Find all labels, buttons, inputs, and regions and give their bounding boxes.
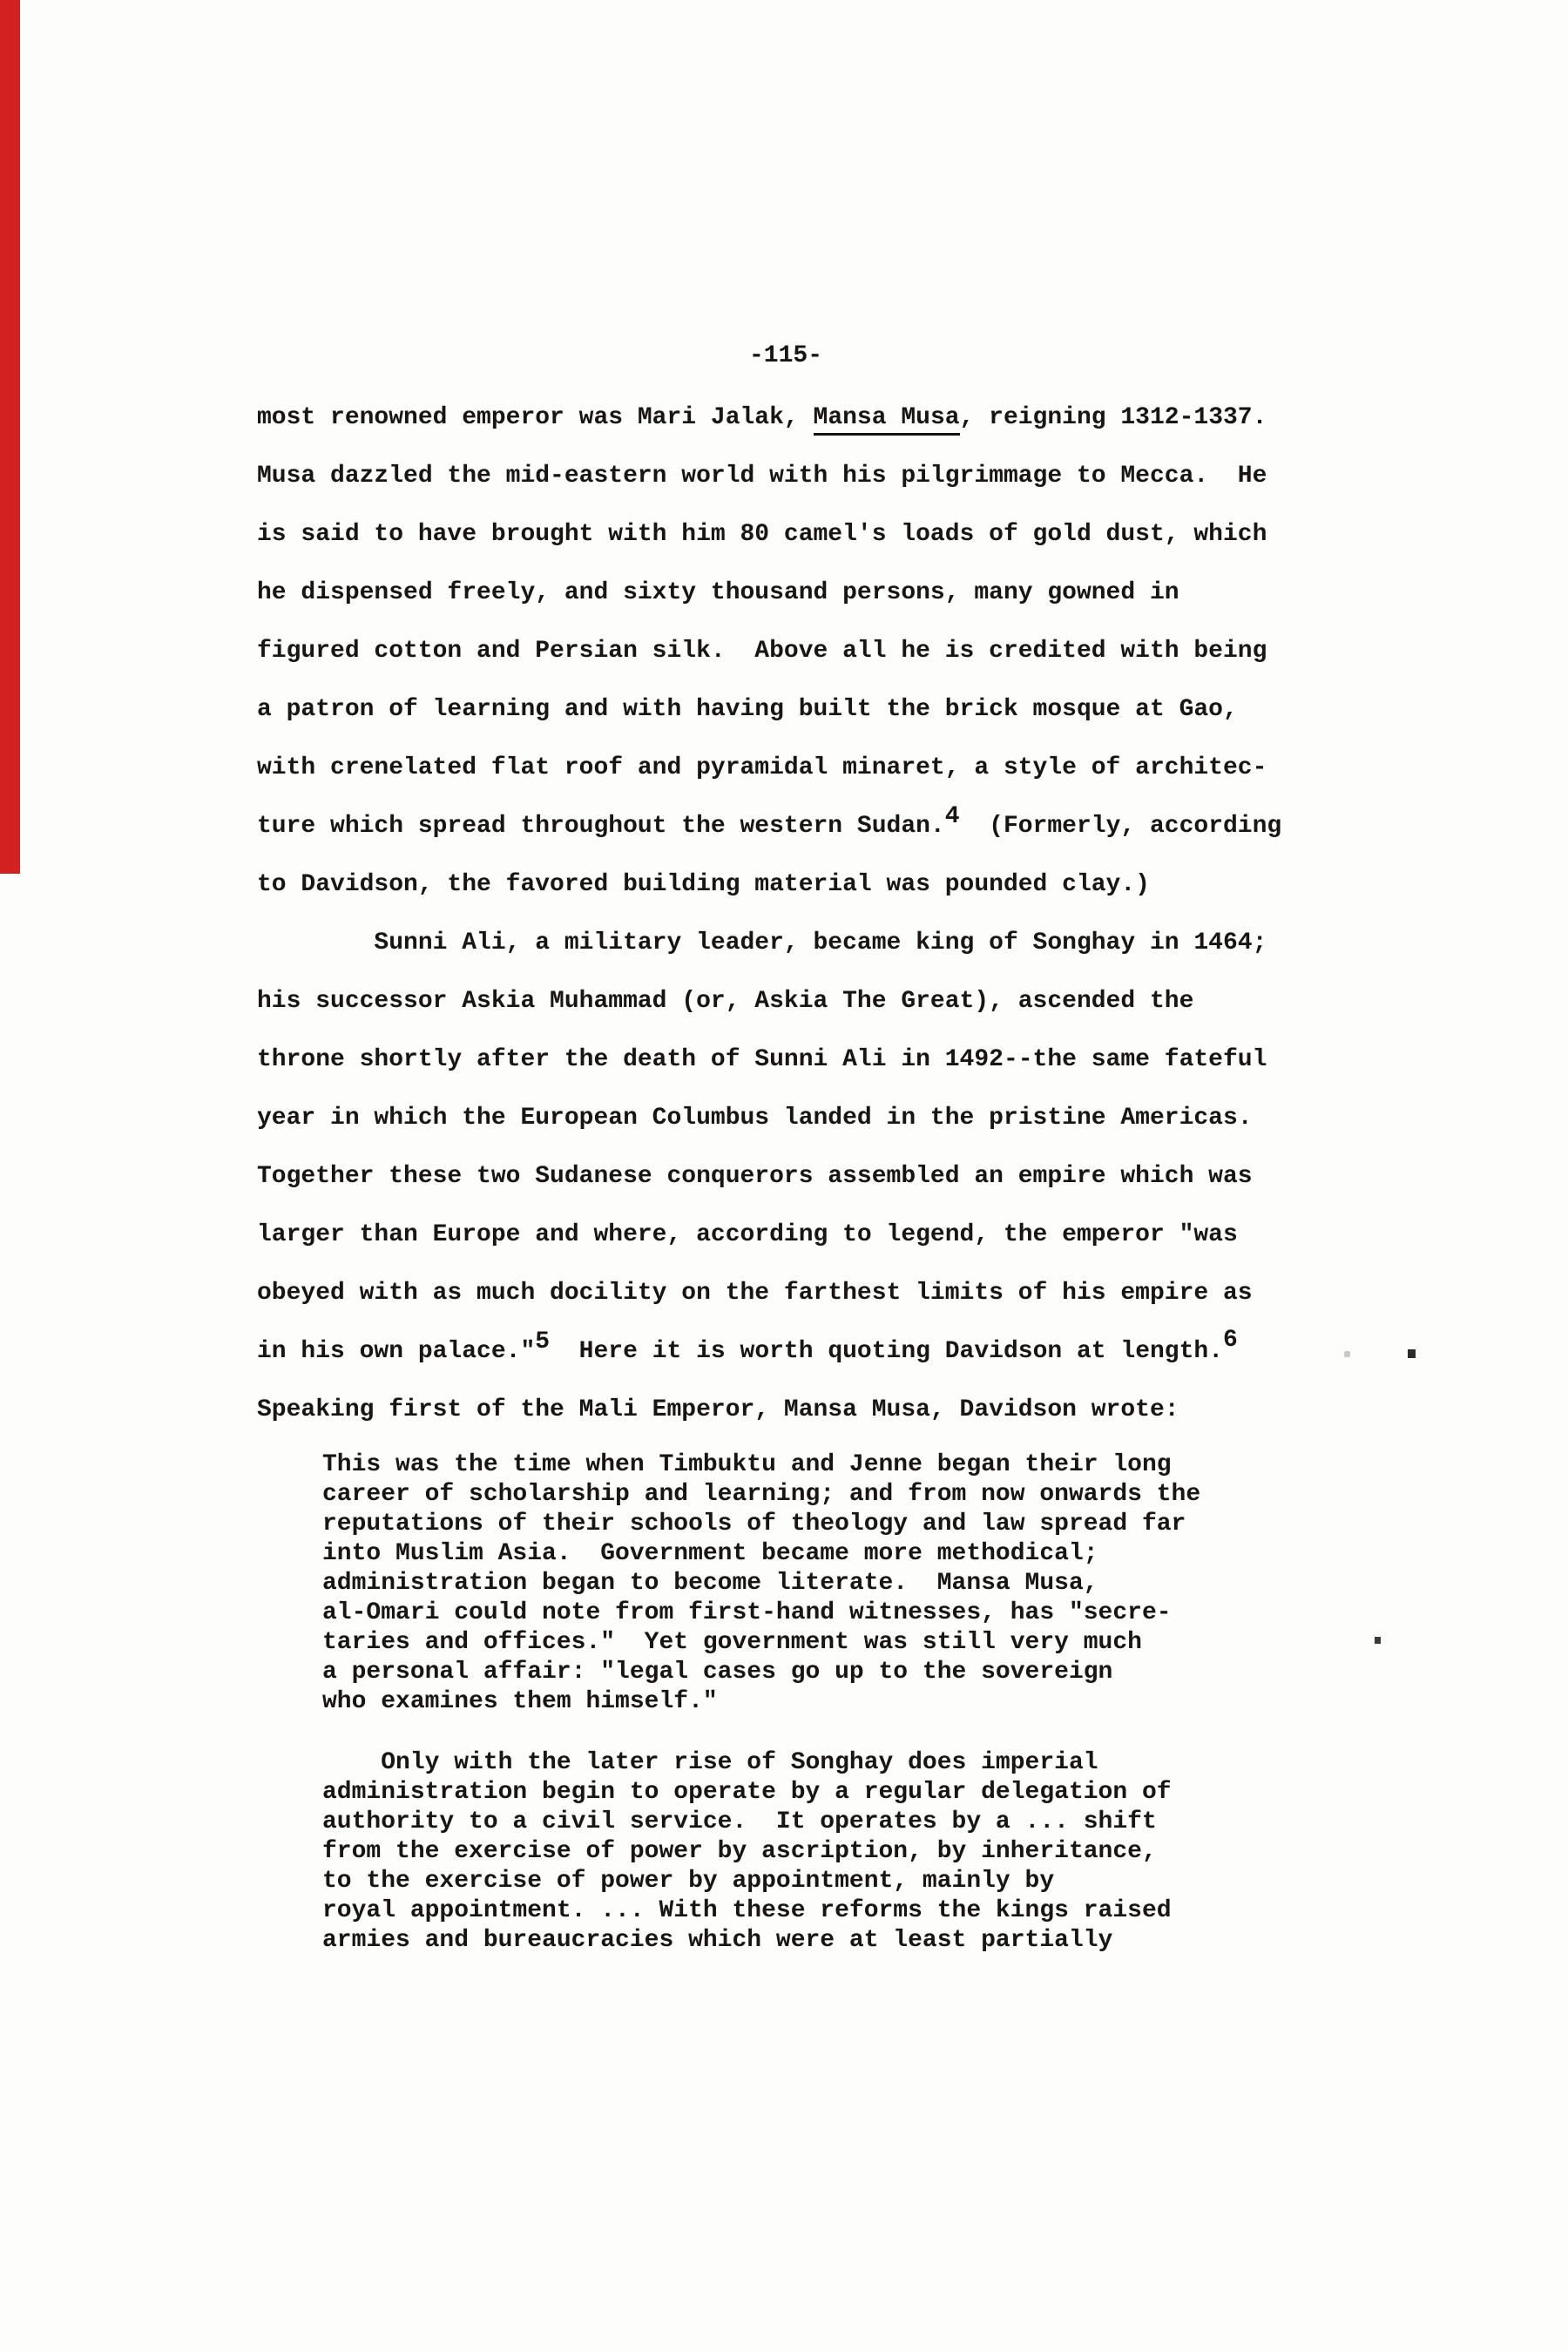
quote-line: Only with the later rise of Songhay does… — [322, 1748, 1281, 1778]
blockquote-davidson-2: Only with the later rise of Songhay does… — [322, 1748, 1281, 1956]
quote-line: authority to a civil service. It operate… — [322, 1808, 1281, 1837]
line-segment: most renowned emperor was Mari Jalak, — [257, 404, 814, 431]
quote-line: a personal affair: "legal cases go up to… — [322, 1658, 1281, 1687]
text-line: obeyed with as much docility on the fart… — [257, 1264, 1320, 1322]
line-segment: (Formerly, according — [960, 813, 1282, 840]
text-line: to Davidson, the favored building materi… — [257, 855, 1320, 914]
quote-line: to the exercise of power by appointment,… — [322, 1867, 1281, 1896]
quote-line: taries and offices." Yet government was … — [322, 1628, 1281, 1658]
line-segment: Here it is worth quoting Davidson at len… — [550, 1338, 1223, 1365]
text-line: year in which the European Columbus land… — [257, 1089, 1320, 1147]
text-line: figured cotton and Persian silk. Above a… — [257, 622, 1320, 680]
footnote-ref-5: 5 — [535, 1328, 550, 1355]
quote-line: who examines them himself." — [322, 1687, 1281, 1717]
quote-line: into Muslim Asia. Government became more… — [322, 1539, 1281, 1569]
line-segment: in his own palace." — [257, 1338, 535, 1365]
text-line: a patron of learning and with having bui… — [257, 680, 1320, 739]
text-line: Musa dazzled the mid-eastern world with … — [257, 447, 1320, 505]
text-line: his successor Askia Muhammad (or, Askia … — [257, 972, 1320, 1031]
text-line: is said to have brought with him 80 came… — [257, 505, 1320, 564]
body-text: most renowned emperor was Mari Jalak, Ma… — [257, 389, 1320, 1439]
quote-line: from the exercise of power by ascription… — [322, 1837, 1281, 1867]
line-segment: ture which spread throughout the western… — [257, 813, 945, 840]
text-line: Sunni Ali, a military leader, became kin… — [257, 914, 1320, 972]
text-line: he dispensed freely, and sixty thousand … — [257, 564, 1320, 622]
scan-speck — [1344, 1351, 1350, 1357]
text-line: Together these two Sudanese conquerors a… — [257, 1147, 1320, 1206]
text-line: Speaking first of the Mali Emperor, Mans… — [257, 1381, 1320, 1439]
text-line: larger than Europe and where, according … — [257, 1206, 1320, 1264]
text-line: throne shortly after the death of Sunni … — [257, 1031, 1320, 1089]
page-number: -115- — [749, 341, 822, 371]
blockquote-davidson-1: This was the time when Timbuktu and Jenn… — [322, 1450, 1281, 1717]
quote-line: al-Omari could note from first-hand witn… — [322, 1598, 1281, 1628]
quote-line: reputations of their schools of theology… — [322, 1510, 1281, 1539]
text-line: most renowned emperor was Mari Jalak, Ma… — [257, 389, 1320, 447]
underlined-title-mansa-musa: Mansa Musa — [814, 404, 960, 436]
quote-line: royal appointment. ... With these reform… — [322, 1896, 1281, 1926]
quote-line: administration began to become literate.… — [322, 1569, 1281, 1598]
text-line: in his own palace."5 Here it is worth qu… — [257, 1322, 1320, 1381]
text-line: with crenelated flat roof and pyramidal … — [257, 739, 1320, 797]
text-line: ture which spread throughout the western… — [257, 797, 1320, 855]
document-page: -115- most renowned emperor was Mari Jal… — [0, 0, 1568, 2352]
quote-line: armies and bureaucracies which were at l… — [322, 1926, 1281, 1956]
quote-line: career of scholarship and learning; and … — [322, 1480, 1281, 1510]
footnote-ref-6: 6 — [1223, 1327, 1238, 1354]
scan-edge-artifact — [0, 0, 20, 874]
quote-line: This was the time when Timbuktu and Jenn… — [322, 1450, 1281, 1480]
scan-speck — [1408, 1349, 1416, 1358]
line-segment: , reigning 1312-1337. — [960, 404, 1267, 431]
footnote-ref-4: 4 — [945, 803, 960, 830]
scan-speck — [1375, 1637, 1381, 1644]
quote-line: administration begin to operate by a reg… — [322, 1778, 1281, 1808]
